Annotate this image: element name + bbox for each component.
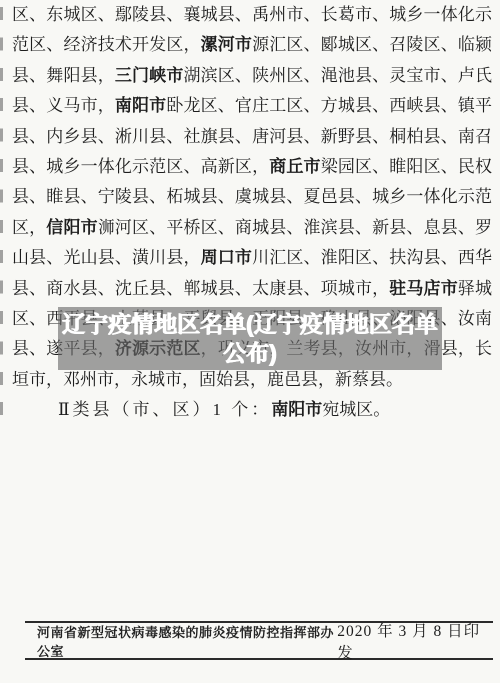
text-segment: 商丘市: [269, 157, 320, 176]
text-segment: 梁园区、睢阳区、民权: [321, 157, 492, 176]
text-line: 区、东城区、鄢陵县、襄城县、禹州市、长葛市、城乡一体化示: [12, 0, 492, 30]
text-segment: 三门峡市: [115, 66, 184, 85]
text-segment: 山县、光山县、潢川县，: [12, 248, 201, 267]
text-segment: 南阳市: [115, 96, 166, 115]
text-line: 县、义马市，南阳市卧龙区、官庄工区、方城县、西峡县、镇平: [12, 91, 492, 121]
text-segment: 漯河市: [201, 35, 252, 54]
text-segment: 川汇区、淮阳区、扶沟县、西华: [252, 248, 492, 267]
text-segment: 县、义马市，: [12, 96, 115, 115]
text-segment: 区，: [12, 218, 46, 237]
text-line: 范区、经济技术开发区，漯河市源汇区、郾城区、召陵区、临颍: [12, 30, 492, 60]
text-segment: 县、商水县、沈丘县、郸城县、太康县、项城市，: [12, 279, 389, 298]
text-segment: 浉河区、平桥区、商城县、淮滨县、新县、息县、罗: [98, 218, 492, 237]
overlay-title: 辽宁疫情地区名单(辽宁疫情地区名单公布): [58, 310, 442, 368]
text-segment: 县、内乡县、淅川县、社旗县、唐河县、新野县、桐柏县、南召: [12, 127, 492, 146]
text-segment: 县、城乡一体化示范区、高新区，: [12, 157, 269, 176]
text-line: 县、舞阳县，三门峡市湖滨区、陕州区、渑池县、灵宝市、卢氏: [12, 61, 492, 91]
text-segment: 湖滨区、陕州区、渑池县、灵宝市、卢氏: [183, 66, 492, 85]
text-line: 区，信阳市浉河区、平桥区、商城县、淮滨县、新县、息县、罗: [12, 213, 492, 243]
text-segment: 南阳市: [271, 400, 322, 419]
text-segment: 宛城区。: [322, 400, 390, 419]
text-line: 县、内乡县、淅川县、社旗县、唐河县、新野县、桐柏县、南召: [12, 122, 492, 152]
text-segment: 驿城: [458, 279, 492, 298]
footer-issuer: 河南省新型冠状病毒感染的肺炎疫情防控指挥部办公室: [37, 622, 337, 660]
text-segment: 县、睢县、宁陵县、柘城县、虞城县、夏邑县、城乡一体化示范: [12, 187, 492, 206]
text-segment: 范区、经济技术开发区，: [12, 35, 201, 54]
text-segment: 驻马店市: [389, 279, 458, 298]
footer-print-date: 2020 年 3 月 8 日印发: [337, 619, 485, 663]
text-line: 县、商水县、沈丘县、郸城县、太康县、项城市，驻马店市驿城: [12, 274, 492, 304]
text-segment: 源汇区、郾城区、召陵区、临颍: [252, 35, 492, 54]
text-line: 山县、光山县、潢川县，周口市川汇区、淮阳区、扶沟县、西华: [12, 243, 492, 273]
text-line: 县、睢县、宁陵县、柘城县、虞城县、夏邑县、城乡一体化示范: [12, 182, 492, 212]
text-segment: 区、东城区、鄢陵县、襄城县、禹州市、长葛市、城乡一体化示: [12, 5, 492, 24]
scanned-document-page: { "colors": { "paper": "#f8f8f5", "text"…: [0, 0, 500, 683]
text-line: 县、城乡一体化示范区、高新区，商丘市梁园区、睢阳区、民权: [12, 152, 492, 182]
scan-edge-artifact: [0, 7, 3, 425]
text-segment: 信阳市: [46, 218, 97, 237]
text-line: Ⅱ类县（市、区）1 个：南阳市宛城区。: [12, 395, 492, 425]
text-segment: Ⅱ类县（市、区）1 个：: [58, 400, 271, 419]
text-segment: 卧龙区、官庄工区、方城县、西峡县、镇平: [166, 96, 492, 115]
text-segment: 周口市: [201, 248, 252, 267]
overlay-title-banner: 辽宁疫情地区名单(辽宁疫情地区名单公布): [58, 307, 442, 370]
text-segment: 垣市，邓州市，永城市，固始县，鹿邑县，新蔡县。: [12, 370, 403, 389]
text-segment: 县、舞阳县，: [12, 66, 115, 85]
document-footer: 河南省新型冠状病毒感染的肺炎疫情防控指挥部办公室 2020 年 3 月 8 日印…: [25, 621, 493, 660]
